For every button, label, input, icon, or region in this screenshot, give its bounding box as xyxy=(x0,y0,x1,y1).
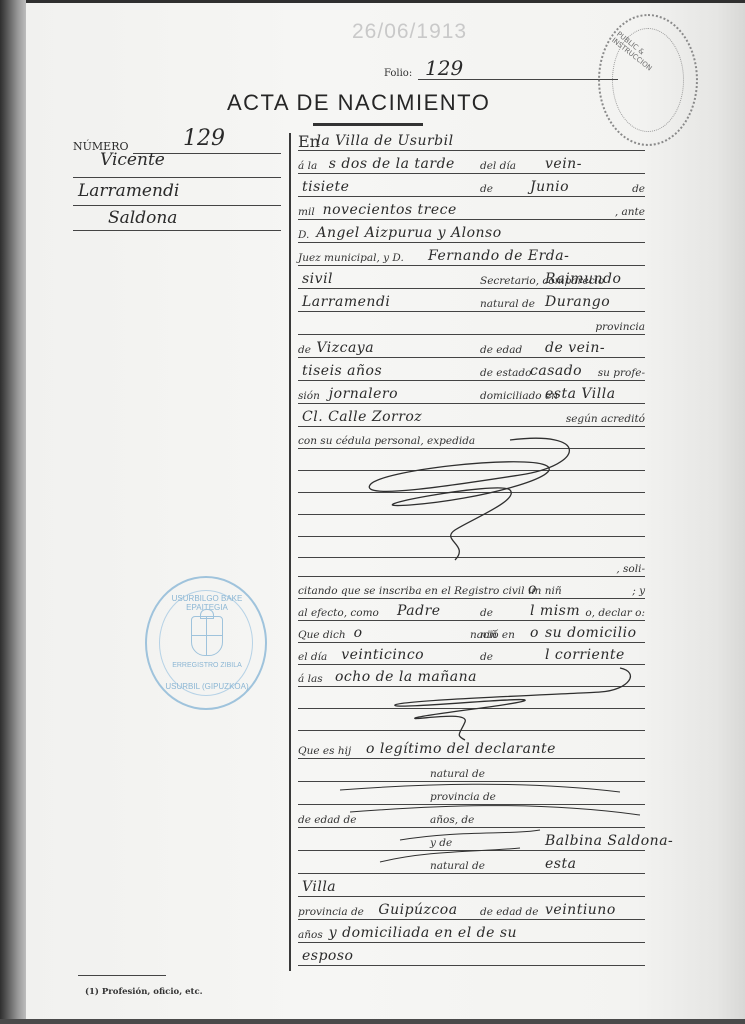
column-divider xyxy=(289,133,291,971)
margin-name-1: Vicente xyxy=(100,150,165,170)
handwritten-entry: casado xyxy=(530,363,582,379)
ruled-line xyxy=(298,403,645,404)
printed-text: D. xyxy=(298,229,309,241)
handwritten-entry: Villa xyxy=(302,879,336,895)
printed-text: ; y xyxy=(632,585,645,597)
ruled-line xyxy=(298,827,645,828)
handwritten-entry: Junio xyxy=(530,179,569,195)
pencil-date: 26/06/1913 xyxy=(352,20,467,44)
printed-text: de edad de xyxy=(480,906,538,918)
printed-text: nació en xyxy=(470,629,515,641)
printed-text: provincia de xyxy=(298,906,364,918)
printed-text: de edad xyxy=(480,344,522,356)
printed-text: á la xyxy=(298,160,317,172)
printed-text: de estado xyxy=(480,367,531,379)
printed-text: á las xyxy=(298,673,323,685)
printed-text: , soli- xyxy=(616,563,645,575)
printed-text: natural de xyxy=(480,298,535,310)
ruled-line xyxy=(298,470,645,471)
ruled-line xyxy=(298,265,645,266)
book-binding-shadow xyxy=(0,0,26,1024)
scan-bottom-edge xyxy=(0,1019,745,1024)
printed-text: del día xyxy=(480,160,516,172)
handwritten-entry: Padre xyxy=(397,603,441,619)
archive-stamp: PUBLIC & INSTRUCCION xyxy=(598,14,698,146)
stamp-inner-text: ERREGISTRO ZIBILA xyxy=(167,662,247,669)
ruled-line xyxy=(298,173,645,174)
printed-text: el día xyxy=(298,651,327,663)
handwritten-entry: la Villa de Usurbil xyxy=(316,133,453,149)
handwritten-entry: Angel Aizpurua y Alonso xyxy=(316,225,501,241)
folio-underline xyxy=(418,79,618,80)
ruled-line xyxy=(298,758,645,759)
handwritten-entry: su domicilio xyxy=(545,625,637,641)
ruled-line xyxy=(298,334,645,335)
handwritten-entry: o xyxy=(354,625,363,641)
handwritten-entry: esta xyxy=(545,856,576,872)
ruled-line xyxy=(298,620,645,621)
printed-text: citando que se inscriba en el Registro c… xyxy=(298,585,562,597)
printed-text: Que es hij xyxy=(298,745,351,757)
ruled-line xyxy=(298,965,645,966)
handwritten-entry: tiseis años xyxy=(302,363,382,379)
printed-text: de xyxy=(298,344,311,356)
handwritten-entry: Cl. Calle Zorroz xyxy=(302,409,422,425)
handwritten-entry: jornalero xyxy=(329,386,398,402)
ruled-line xyxy=(298,850,645,851)
handwritten-entry: sivil xyxy=(302,271,333,287)
printed-text: natural de xyxy=(430,860,485,872)
handwritten-entry: tisiete xyxy=(302,179,349,195)
ruled-line xyxy=(298,896,645,897)
printed-text: de xyxy=(632,183,645,195)
ruled-line xyxy=(298,196,645,197)
handwritten-entry: Larramendi xyxy=(302,294,390,310)
ruled-line xyxy=(298,288,645,289)
printed-text: de xyxy=(480,607,493,619)
handwritten-entry: l mism xyxy=(530,603,580,619)
ruled-line xyxy=(298,708,645,709)
ruled-line xyxy=(298,426,645,427)
handwritten-entry: veinticinco xyxy=(341,647,424,663)
folio-label: Folio: xyxy=(384,68,412,79)
ruled-line xyxy=(298,804,645,805)
ruled-line xyxy=(298,642,645,643)
handwritten-entry: Guipúzcoa xyxy=(378,902,457,918)
handwritten-entry: Balbina Saldona- xyxy=(545,833,673,849)
margin-name-3: Saldona xyxy=(108,208,177,228)
handwritten-entry: de vein- xyxy=(545,340,605,356)
printed-text: su profe- xyxy=(598,367,645,379)
printed-text: según acreditó xyxy=(566,413,645,425)
footnote-rule xyxy=(78,975,166,976)
printed-text: Que dich xyxy=(298,629,346,641)
stamp-bottom-text: USURBIL (GIPUZKOA) xyxy=(161,682,253,691)
margin-name-2: Larramendi xyxy=(78,181,179,201)
margin-line xyxy=(73,177,281,178)
ruled-line xyxy=(298,598,645,599)
ruled-line xyxy=(298,448,645,449)
ruled-line xyxy=(298,781,645,782)
printed-text: , ante xyxy=(615,206,645,218)
ruled-line xyxy=(298,380,645,381)
handwritten-entry: o legítimo del declarante xyxy=(366,741,556,757)
ruled-line xyxy=(298,150,645,151)
ruled-line xyxy=(298,242,645,243)
ruled-line xyxy=(298,514,645,515)
handwritten-entry: Durango xyxy=(545,294,610,310)
ruled-line xyxy=(298,219,645,220)
handwritten-entry: Raimundo xyxy=(545,271,621,287)
printed-text: años, de xyxy=(430,814,474,826)
ruled-line xyxy=(298,942,645,943)
ruled-line xyxy=(298,873,645,874)
printed-text: natural de xyxy=(430,768,485,780)
printed-text: de edad de xyxy=(298,814,356,826)
printed-text: años xyxy=(298,929,323,941)
handwritten-entry: novecientos trece xyxy=(323,202,457,218)
coat-of-arms-icon xyxy=(191,616,223,656)
ruled-line xyxy=(298,664,645,665)
title-flourish xyxy=(313,123,423,126)
printed-text: Juez municipal, y D. xyxy=(298,252,404,264)
printed-text: sión xyxy=(298,390,320,402)
printed-text: y de xyxy=(430,837,452,849)
handwritten-entry: Vizcaya xyxy=(316,340,374,356)
ruled-line xyxy=(298,557,645,558)
civil-registry-stamp: USURBILGO BAKE EPAITEGIA ERREGISTRO ZIBI… xyxy=(145,576,267,710)
printed-text: mil xyxy=(298,206,315,218)
handwritten-entry: veintiuno xyxy=(545,902,616,918)
handwritten-entry: vein- xyxy=(545,156,582,172)
handwritten-entry: s dos de la tarde xyxy=(329,156,455,172)
ruled-line xyxy=(298,576,645,577)
handwritten-entry: esta Villa xyxy=(545,386,616,402)
ruled-line xyxy=(298,536,645,537)
numero-value: 129 xyxy=(183,126,225,151)
ruled-line xyxy=(298,686,645,687)
handwritten-entry: Fernando de Erda- xyxy=(428,248,569,264)
handwritten-entry: o xyxy=(530,625,539,641)
handwritten-entry: esposo xyxy=(302,948,353,964)
handwritten-entry: l corriente xyxy=(545,647,625,663)
printed-text: de xyxy=(480,651,493,663)
printed-text: provincia xyxy=(595,321,645,333)
ruled-line xyxy=(298,311,645,312)
printed-text: al efecto, como xyxy=(298,607,379,619)
ruled-line xyxy=(298,730,645,731)
printed-text: provincia de xyxy=(430,791,496,803)
folio-number: 129 xyxy=(425,56,463,80)
margin-line xyxy=(73,205,281,206)
ruled-line xyxy=(298,357,645,358)
printed-text: o, declar o: xyxy=(585,607,645,619)
handwritten-entry: o xyxy=(528,581,537,597)
margin-line xyxy=(73,230,281,231)
handwritten-entry: y domiciliada en el de su xyxy=(329,925,517,941)
printed-text: con su cédula personal, expedida xyxy=(298,435,475,447)
printed-text: de xyxy=(480,183,493,195)
ruled-line xyxy=(298,919,645,920)
document-title: ACTA DE NACIMIENTO xyxy=(227,90,490,116)
ruled-line xyxy=(298,492,645,493)
footnote: (1) Profesión, oficio, etc. xyxy=(85,987,203,997)
handwritten-entry: ocho de la mañana xyxy=(335,669,477,685)
